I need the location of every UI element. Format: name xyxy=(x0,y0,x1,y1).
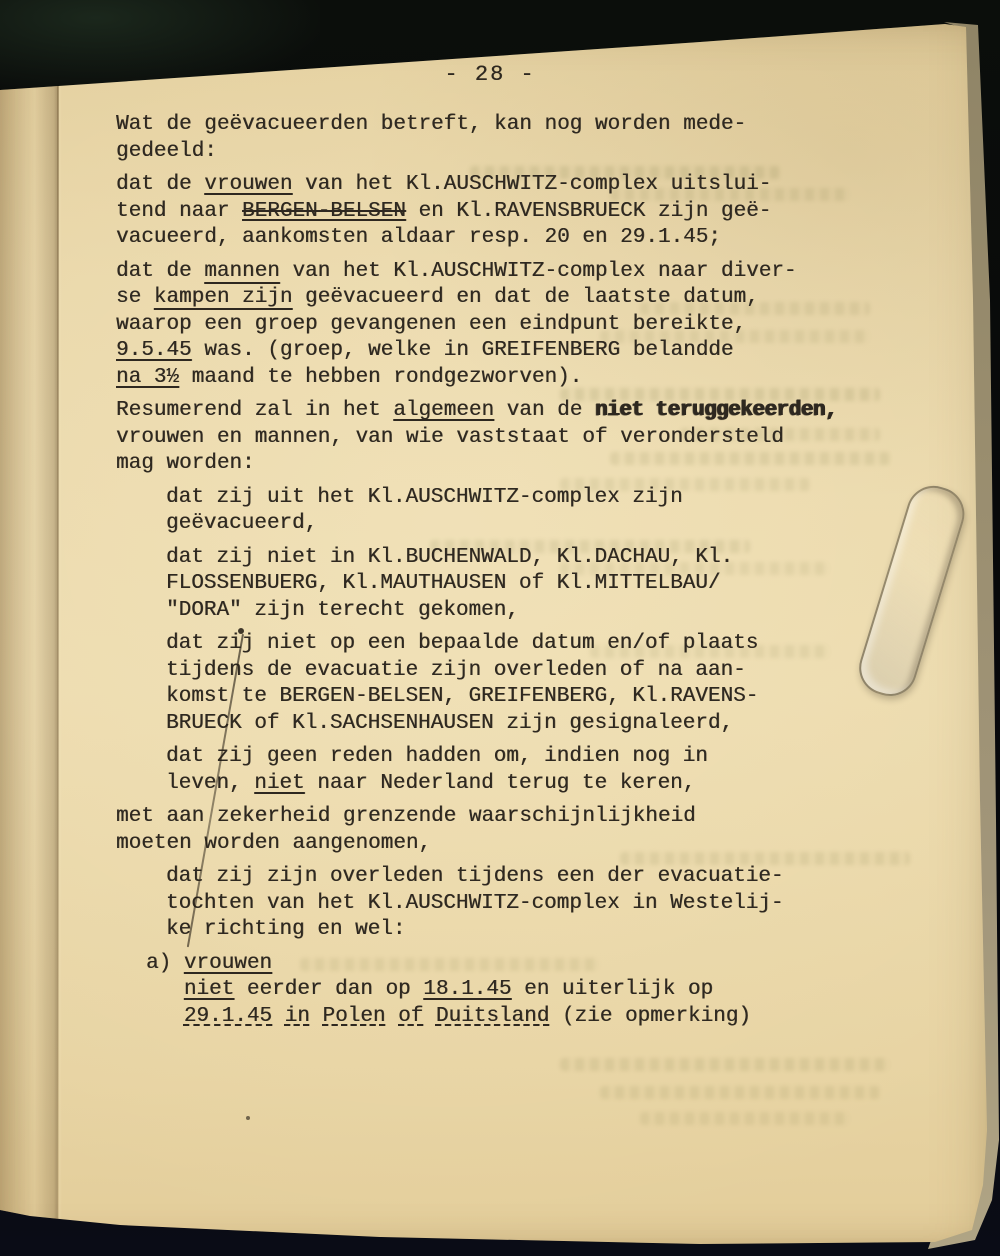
text-segment: van het Kl.AUSCHWITZ-complex naar diver- xyxy=(280,260,797,283)
paragraph: dat zij uit het Kl.AUSCHWITZ-complex zij… xyxy=(116,485,916,538)
text-segment: of xyxy=(398,1005,423,1028)
text-segment: dat de xyxy=(116,260,204,283)
text-segment: moeten worden aangenomen, xyxy=(116,832,431,855)
text-segment: vacueerd, aankomsten aldaar resp. 20 en … xyxy=(116,226,721,249)
text-line: leven, niet naar Nederland terug te kere… xyxy=(166,771,916,798)
text-line: vacueerd, aankomsten aldaar resp. 20 en … xyxy=(116,225,916,252)
paper-page: - 28 - Wat de geëvacueerden betreft, kan… xyxy=(0,0,1000,1256)
text-segment: geëvacueerd en dat de laatste datum, xyxy=(292,286,758,309)
text-segment: BRUECK of Kl.SACHSENHAUSEN zijn gesignal… xyxy=(166,712,733,735)
text-segment: en uiterlijk op xyxy=(511,978,713,1001)
text-line: ke richting en wel: xyxy=(166,917,916,944)
text-segment: Resumerend zal in het xyxy=(116,399,393,422)
text-segment: dat de xyxy=(116,173,204,196)
text-segment: en Kl.RAVENSBRUECK zijn geë- xyxy=(406,200,771,223)
text-segment: "DORA" zijn terecht gekomen, xyxy=(166,599,519,622)
paragraph: Wat de geëvacueerden betreft, kan nog wo… xyxy=(116,112,916,165)
text-segment xyxy=(146,1005,184,1028)
text-segment: vrouwen en mannen, van wie vaststaat of … xyxy=(116,426,784,449)
text-segment: gedeeld: xyxy=(116,140,217,163)
paragraph: dat zij zijn overleden tijdens een der e… xyxy=(116,864,916,944)
text-segment: a) xyxy=(146,952,184,975)
text-line: dat zij zijn overleden tijdens een der e… xyxy=(166,864,916,891)
text-segment: niet teruggekeerden, xyxy=(595,399,837,422)
text-segment: leven, xyxy=(166,772,254,795)
text-line: se kampen zijn geëvacueerd en dat de laa… xyxy=(116,285,916,312)
text-segment: BERGEN-BELSEN xyxy=(242,200,406,223)
text-segment: niet xyxy=(184,978,234,1001)
text-segment: was. (groep, welke in GREIFENBERG beland… xyxy=(192,339,734,362)
text-line: dat de mannen van het Kl.AUSCHWITZ-compl… xyxy=(116,259,916,286)
text-line: 9.5.45 was. (groep, welke in GREIFENBERG… xyxy=(116,338,916,365)
text-line: niet eerder dan op 18.1.45 en uiterlijk … xyxy=(146,977,916,1004)
ink-dot xyxy=(246,1116,250,1120)
text-segment: Wat de geëvacueerden betreft, kan nog wo… xyxy=(116,113,746,136)
text-segment: niet xyxy=(254,772,304,795)
paragraph: Resumerend zal in het algemeen van de ni… xyxy=(116,398,916,478)
text-segment xyxy=(423,1005,436,1028)
text-segment: dat zij geen reden hadden om, indien nog… xyxy=(166,745,708,768)
text-line: vrouwen en mannen, van wie vaststaat of … xyxy=(116,425,916,452)
text-line: Wat de geëvacueerden betreft, kan nog wo… xyxy=(116,112,916,139)
text-segment: in xyxy=(285,1005,310,1028)
text-segment: tijdens de evacuatie zijn overleden of n… xyxy=(166,659,746,682)
paragraph: dat de mannen van het Kl.AUSCHWITZ-compl… xyxy=(116,259,916,392)
bleed-through-mark xyxy=(600,1086,880,1099)
gutter-crease xyxy=(57,78,59,1246)
paragraph: dat zij niet in Kl.BUCHENWALD, Kl.DACHAU… xyxy=(116,545,916,625)
text-segment: 9.5.45 xyxy=(116,339,192,362)
paragraph: met aan zekerheid grenzende waarschijnli… xyxy=(116,804,916,857)
text-segment: vrouwen xyxy=(204,173,292,196)
text-segment: dat zij niet op een bepaalde datum en/of… xyxy=(166,632,758,655)
bleed-through-mark xyxy=(560,1058,890,1071)
ink-dot xyxy=(238,628,244,634)
text-segment: Polen xyxy=(322,1005,385,1028)
text-segment: vrouwen xyxy=(184,952,272,975)
gutter-shading xyxy=(0,80,58,1256)
text-line: Resumerend zal in het algemeen van de ni… xyxy=(116,398,916,425)
text-line: BRUECK of Kl.SACHSENHAUSEN zijn gesignal… xyxy=(166,711,916,738)
text-segment: Duitsland xyxy=(436,1005,549,1028)
text-segment: van de xyxy=(494,399,595,422)
text-segment: maand te hebben rondgezworven). xyxy=(179,366,582,389)
text-line: dat zij uit het Kl.AUSCHWITZ-complex zij… xyxy=(166,485,916,512)
paragraph: dat de vrouwen van het Kl.AUSCHWITZ-comp… xyxy=(116,172,916,252)
text-segment: tochten van het Kl.AUSCHWITZ-complex in … xyxy=(166,892,784,915)
text-line: 29.1.45 in Polen of Duitsland (zie opmer… xyxy=(146,1004,916,1031)
text-line: met aan zekerheid grenzende waarschijnli… xyxy=(116,804,916,831)
text-block: Wat de geëvacueerden betreft, kan nog wo… xyxy=(116,112,916,1030)
text-line: a) vrouwen xyxy=(146,951,916,978)
text-line: dat zij niet in Kl.BUCHENWALD, Kl.DACHAU… xyxy=(166,545,916,572)
text-line: na 3½ maand te hebben rondgezworven). xyxy=(116,365,916,392)
text-segment: 18.1.45 xyxy=(423,978,511,1001)
text-line: moeten worden aangenomen, xyxy=(116,831,916,858)
text-segment xyxy=(385,1005,398,1028)
paragraph: dat zij geen reden hadden om, indien nog… xyxy=(116,744,916,797)
text-segment: eerder dan op xyxy=(234,978,423,1001)
text-segment: FLOSSENBUERG, Kl.MAUTHAUSEN of Kl.MITTEL… xyxy=(166,572,721,595)
text-segment xyxy=(146,978,184,1001)
text-segment: met aan zekerheid grenzende waarschijnli… xyxy=(116,805,696,828)
text-segment: mannen xyxy=(204,260,280,283)
text-segment xyxy=(310,1005,323,1028)
text-segment: algemeen xyxy=(393,399,494,422)
text-line: FLOSSENBUERG, Kl.MAUTHAUSEN of Kl.MITTEL… xyxy=(166,571,916,598)
text-segment: dat zij zijn overleden tijdens een der e… xyxy=(166,865,784,888)
text-segment: geëvacueerd, xyxy=(166,512,317,535)
text-line: mag worden: xyxy=(116,451,916,478)
text-segment: na 3½ xyxy=(116,366,179,389)
text-segment: (zie opmerking) xyxy=(549,1005,751,1028)
paragraph: dat zij niet op een bepaalde datum en/of… xyxy=(116,631,916,737)
text-segment: waarop een groep gevangenen een eindpunt… xyxy=(116,313,746,336)
text-line: "DORA" zijn terecht gekomen, xyxy=(166,598,916,625)
text-line: komst te BERGEN-BELSEN, GREIFENBERG, Kl.… xyxy=(166,684,916,711)
text-line: tend naar BERGEN-BELSEN en Kl.RAVENSBRUE… xyxy=(116,199,916,226)
text-line: gedeeld: xyxy=(116,139,916,166)
text-line: dat de vrouwen van het Kl.AUSCHWITZ-comp… xyxy=(116,172,916,199)
text-segment: 29.1.45 xyxy=(184,1005,272,1028)
text-segment: van het Kl.AUSCHWITZ-complex uitslui- xyxy=(292,173,771,196)
text-segment: ke richting en wel: xyxy=(166,918,405,941)
text-segment xyxy=(272,1005,285,1028)
text-line: geëvacueerd, xyxy=(166,511,916,538)
text-segment: kampen zijn xyxy=(154,286,293,309)
text-line: dat zij geen reden hadden om, indien nog… xyxy=(166,744,916,771)
paragraph: a) vrouwen niet eerder dan op 18.1.45 en… xyxy=(116,951,916,1031)
text-segment: komst te BERGEN-BELSEN, GREIFENBERG, Kl.… xyxy=(166,685,758,708)
text-line: tochten van het Kl.AUSCHWITZ-complex in … xyxy=(166,891,916,918)
text-segment: dat zij niet in Kl.BUCHENWALD, Kl.DACHAU… xyxy=(166,546,733,569)
bleed-through-mark xyxy=(640,1112,850,1125)
text-segment: tend naar xyxy=(116,200,242,223)
text-segment: mag worden: xyxy=(116,452,255,475)
document-scan: { "colors": { "paper": "#e8d5a6", "ink":… xyxy=(0,0,1000,1256)
text-line: tijdens de evacuatie zijn overleden of n… xyxy=(166,658,916,685)
page-number: - 28 - xyxy=(120,62,860,87)
text-segment: se xyxy=(116,286,154,309)
text-line: waarop een groep gevangenen een eindpunt… xyxy=(116,312,916,339)
text-segment: naar Nederland terug te keren, xyxy=(305,772,696,795)
text-line: dat zij niet op een bepaalde datum en/of… xyxy=(166,631,916,658)
text-segment: dat zij uit het Kl.AUSCHWITZ-complex zij… xyxy=(166,486,683,509)
